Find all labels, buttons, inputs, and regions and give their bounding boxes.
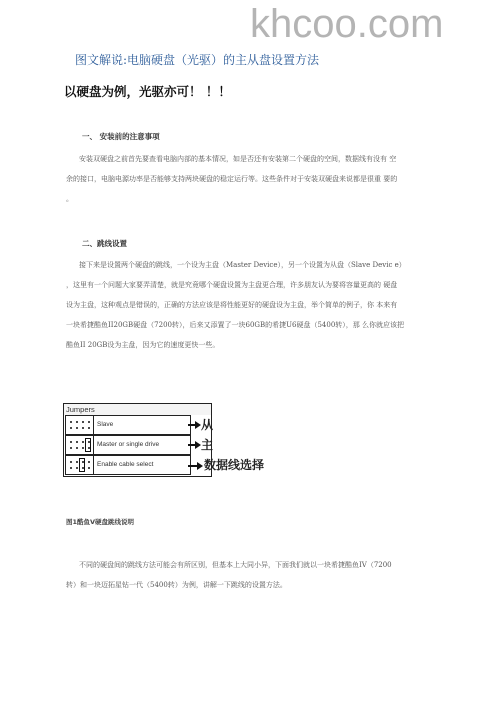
watermark: khcoo.com <box>250 2 443 46</box>
jumper-diagram-header: Jumpers <box>64 404 211 415</box>
section-paragraph-precautions: 安装双硬盘之前首先要查看电脑内部的基本情况，如是否还有安装第二个硬盘的空间，数据… <box>66 149 436 209</box>
figure-caption: 图1酷鱼V硬盘跳线说明 <box>66 517 134 526</box>
paragraph-line: ，这里有一个问题大家要弄清楚，就是究竟哪个硬盘设置为主盘更合理，许多朋友认为要将… <box>66 275 436 295</box>
arrow-icon <box>188 424 196 426</box>
jumper-label: Master or single drive <box>94 436 190 454</box>
closing-paragraph: 不同的硬盘间的跳线方法可能会有所区别，但基本上大同小异，下面我们就以一块希捷酷鱼… <box>66 555 436 595</box>
paragraph-line: 。 <box>66 189 436 209</box>
paragraph-line: 不同的硬盘间的跳线方法可能会有所区别，但基本上大同小异，下面我们就以一块希捷酷鱼… <box>66 555 436 575</box>
paragraph-line: 设为主盘，这种观点是错误的，正确的方法应该是将性能更好的硬盘设为主盘，举个简单的… <box>66 295 436 315</box>
paragraph-line: 转）和一块迈拓星钻一代（5400转）为例，讲解一下跳线的设置方法。 <box>66 575 436 595</box>
jumper-row-cable-select: Enable cable select <box>65 455 191 475</box>
page-title: 图文解说:电脑硬盘（光驱）的主从盘设置方法 <box>75 52 319 68</box>
paragraph-line: 一块希捷酷鱼II20GB硬盘（7200转），后来又添置了一块60GB的希捷U6硬… <box>66 315 436 335</box>
jumper-row-master: Master or single drive <box>65 435 191 455</box>
section-heading-precautions: 一、 安装前的注意事项 <box>82 132 160 142</box>
jumper-pins-icon <box>66 436 94 454</box>
arrow-icon <box>188 465 198 467</box>
annotation-cable-select: 数据线选择 <box>204 458 264 472</box>
annotation-master: 主 <box>201 438 213 452</box>
paragraph-line: 安装双硬盘之前首先要查看电脑内部的基本情况，如是否还有安装第二个硬盘的空间，数据… <box>66 149 436 169</box>
arrow-icon <box>188 444 196 446</box>
paragraph-line: 接下来是设置两个硬盘的跳线，一个设为主盘（Master Device），另一个设… <box>66 255 436 275</box>
paragraph-line: 酷鱼II 20GB设为主盘，因为它的速度更快一些。 <box>66 335 436 355</box>
page-subtitle: 以硬盘为例，光驱亦可！ ！！ <box>64 84 231 100</box>
jumper-row-slave: Slave <box>65 415 191 435</box>
paragraph-line: 余的接口，电脑电源功率是否能够支持两块硬盘的稳定运行等。这些条件对于安装双硬盘来… <box>66 169 436 189</box>
jumper-pins-icon <box>66 456 94 474</box>
section-heading-jumper-settings: 二、跳线设置 <box>82 239 127 249</box>
jumper-pins-icon <box>66 416 94 434</box>
jumper-label: Slave <box>94 416 190 434</box>
jumper-label: Enable cable select <box>94 456 190 474</box>
annotation-slave: 从 <box>201 418 213 432</box>
section-paragraph-jumper-settings: 接下来是设置两个硬盘的跳线，一个设为主盘（Master Device），另一个设… <box>66 255 436 355</box>
